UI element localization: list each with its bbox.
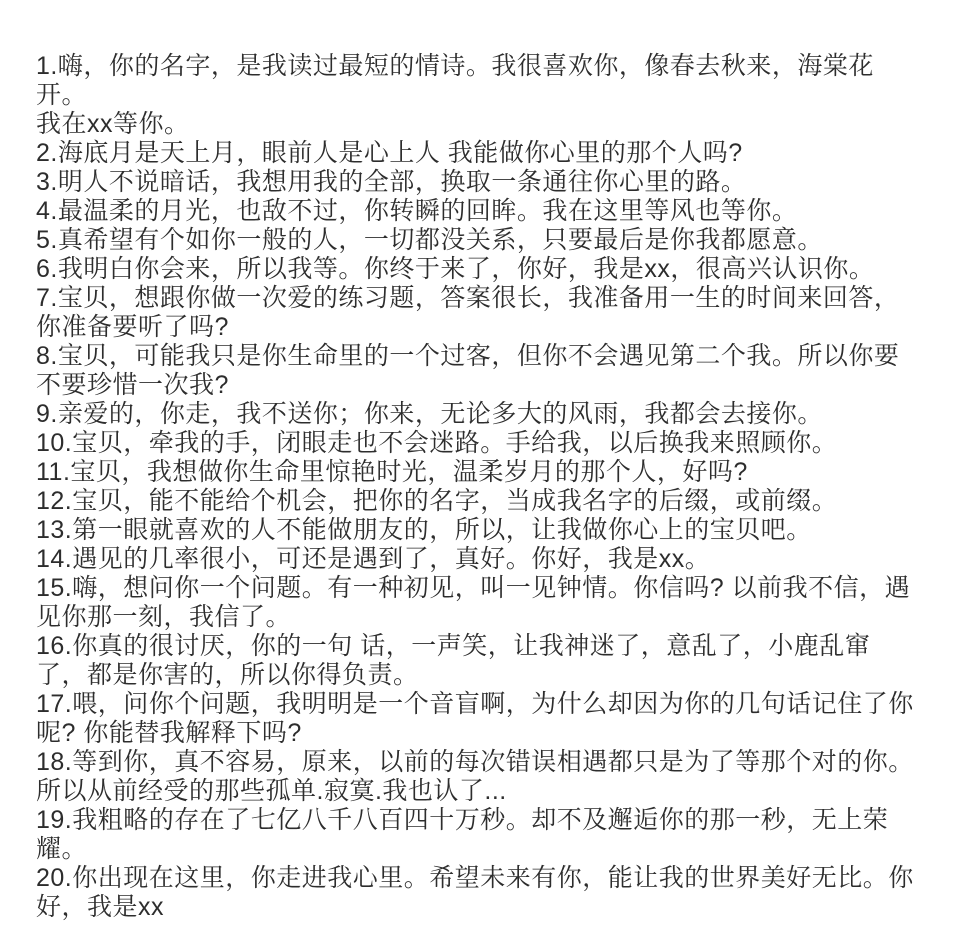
quote-item: 16.你真的很讨厌，你的一句 话，一声笑，让我神迷了，意乱了，小鹿乱窜了，都是你… — [36, 632, 942, 690]
quote-line: 4.最温柔的月光，也敌不过，你转瞬的回眸。我在这里等风也等你。 — [36, 197, 942, 226]
quote-item: 5.真希望有个如你一般的人，一切都没关系，只要最后是你我都愿意。 — [36, 226, 942, 255]
quote-line: 15.嗨，想问你一个问题。有一种初见，叫一见钟情。你信吗? 以前我不信，遇 — [36, 574, 942, 603]
quote-line: 18.等到你，真不容易，原来，以前的每次错误相遇都只是为了等那个对的你。 — [36, 748, 942, 777]
quote-line: 所以从前经受的那些孤单.寂寞.我也认了... — [36, 777, 942, 806]
quote-item: 4.最温柔的月光，也敌不过，你转瞬的回眸。我在这里等风也等你。 — [36, 197, 942, 226]
quote-line: 12.宝贝，能不能给个机会，把你的名字，当成我名字的后缀，或前缀。 — [36, 487, 942, 516]
quote-item: 8.宝贝，可能我只是你生命里的一个过客，但你不会遇见第二个我。所以你要不要珍惜一… — [36, 342, 942, 400]
quote-item: 11.宝贝，我想做你生命里惊艳时光，温柔岁月的那个人，好吗? — [36, 458, 942, 487]
quote-item: 14.遇见的几率很小，可还是遇到了，真好。你好，我是xx。 — [36, 545, 942, 574]
quote-line: 10.宝贝，牵我的手，闭眼走也不会迷路。手给我，以后换我来照顾你。 — [36, 429, 942, 458]
document-page: 1.嗨，你的名字，是我读过最短的情诗。我很喜欢你，像春去秋来，海棠花开。我在xx… — [0, 0, 972, 946]
quote-item: 20.你出现在这里，你走进我心里。希望未来有你，能让我的世界美好无比。你好，我是… — [36, 864, 942, 922]
quote-item: 7.宝贝，想跟你做一次爱的练习题，答案很长，我准备用一生的时间来回答，你准备要听… — [36, 284, 942, 342]
quote-line: 呢? 你能替我解释下吗? — [36, 719, 942, 748]
quote-line: 开。 — [36, 81, 942, 110]
quote-line: 见你那一刻，我信了。 — [36, 603, 942, 632]
quote-line: 了，都是你害的，所以你得负责。 — [36, 661, 942, 690]
quote-line: 6.我明白你会来，所以我等。你终于来了，你好，我是xx，很高兴认识你。 — [36, 255, 942, 284]
quote-line: 8.宝贝，可能我只是你生命里的一个过客，但你不会遇见第二个我。所以你要 — [36, 342, 942, 371]
quote-line: 11.宝贝，我想做你生命里惊艳时光，温柔岁月的那个人，好吗? — [36, 458, 942, 487]
quote-line: 你准备要听了吗? — [36, 313, 942, 342]
quote-line: 20.你出现在这里，你走进我心里。希望未来有你，能让我的世界美好无比。你 — [36, 864, 942, 893]
quote-line: 7.宝贝，想跟你做一次爱的练习题，答案很长，我准备用一生的时间来回答， — [36, 284, 942, 313]
quote-item: 9.亲爱的，你走，我不送你；你来，无论多大的风雨，我都会去接你。 — [36, 400, 942, 429]
quote-line: 不要珍惜一次我? — [36, 371, 942, 400]
quote-line: 耀。 — [36, 835, 942, 864]
quote-line: 16.你真的很讨厌，你的一句 话，一声笑，让我神迷了，意乱了，小鹿乱窜 — [36, 632, 942, 661]
quote-line: 好，我是xx — [36, 893, 942, 922]
quote-item: 3.明人不说暗话，我想用我的全部，换取一条通往你心里的路。 — [36, 168, 942, 197]
quote-line: 5.真希望有个如你一般的人，一切都没关系，只要最后是你我都愿意。 — [36, 226, 942, 255]
quote-line: 9.亲爱的，你走，我不送你；你来，无论多大的风雨，我都会去接你。 — [36, 400, 942, 429]
quote-line: 13.第一眼就喜欢的人不能做朋友的，所以，让我做你心上的宝贝吧。 — [36, 516, 942, 545]
quote-item: 12.宝贝，能不能给个机会，把你的名字，当成我名字的后缀，或前缀。 — [36, 487, 942, 516]
quote-list: 1.嗨，你的名字，是我读过最短的情诗。我很喜欢你，像春去秋来，海棠花开。我在xx… — [36, 52, 942, 922]
quote-line: 3.明人不说暗话，我想用我的全部，换取一条通往你心里的路。 — [36, 168, 942, 197]
quote-line: 19.我粗略的存在了七亿八千八百四十万秒。却不及邂逅你的那一秒，无上荣 — [36, 806, 942, 835]
quote-item: 10.宝贝，牵我的手，闭眼走也不会迷路。手给我，以后换我来照顾你。 — [36, 429, 942, 458]
quote-line: 我在xx等你。 — [36, 110, 942, 139]
quote-item: 13.第一眼就喜欢的人不能做朋友的，所以，让我做你心上的宝贝吧。 — [36, 516, 942, 545]
quote-line: 2.海底月是天上月，眼前人是心上人 我能做你心里的那个人吗? — [36, 139, 942, 168]
quote-item: 1.嗨，你的名字，是我读过最短的情诗。我很喜欢你，像春去秋来，海棠花开。我在xx… — [36, 52, 942, 139]
quote-item: 6.我明白你会来，所以我等。你终于来了，你好，我是xx，很高兴认识你。 — [36, 255, 942, 284]
quote-item: 18.等到你，真不容易，原来，以前的每次错误相遇都只是为了等那个对的你。所以从前… — [36, 748, 942, 806]
quote-item: 19.我粗略的存在了七亿八千八百四十万秒。却不及邂逅你的那一秒，无上荣耀。 — [36, 806, 942, 864]
quote-line: 14.遇见的几率很小，可还是遇到了，真好。你好，我是xx。 — [36, 545, 942, 574]
quote-line: 1.嗨，你的名字，是我读过最短的情诗。我很喜欢你，像春去秋来，海棠花 — [36, 52, 942, 81]
quote-item: 17.喂，问你个问题，我明明是一个音盲啊，为什么却因为你的几句话记住了你呢? 你… — [36, 690, 942, 748]
quote-line: 17.喂，问你个问题，我明明是一个音盲啊，为什么却因为你的几句话记住了你 — [36, 690, 942, 719]
quote-item: 2.海底月是天上月，眼前人是心上人 我能做你心里的那个人吗? — [36, 139, 942, 168]
quote-item: 15.嗨，想问你一个问题。有一种初见，叫一见钟情。你信吗? 以前我不信，遇见你那… — [36, 574, 942, 632]
